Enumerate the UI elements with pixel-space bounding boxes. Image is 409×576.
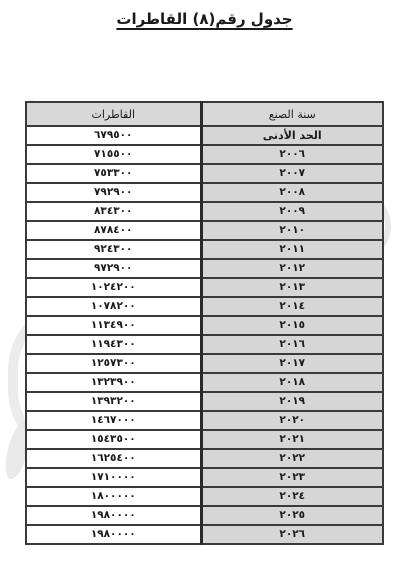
value-cell: ١٥٤٣٥٠٠ [26,430,201,449]
year-cell: ٢٠١٨ [201,373,383,392]
table-row: ٢٠١٢٩٧٢٩٠٠ [26,259,383,278]
year-cell: ٢٠١٣ [201,278,383,297]
table-row: ٢٠٠٨٧٩٢٩٠٠ [26,183,383,202]
year-cell: ٢٠١٢ [201,259,383,278]
table-row: ٢٠٢٣١٧١٠٠٠٠ [26,468,383,487]
value-cell: ٩٢٤٣٠٠ [26,240,201,259]
value-cell: ٧١٥٥٠٠ [26,145,201,164]
table-row: ٢٠١٧١٢٥٧٣٠٠ [26,354,383,373]
table-row: ٢٠٢٦١٩٨٠٠٠٠ [26,525,383,544]
year-cell: ٢٠٠٧ [201,164,383,183]
table-row: ٢٠٢٢١٦٢٥٤٠٠ [26,449,383,468]
table-row: ٢٠٠٧٧٥٣٣٠٠ [26,164,383,183]
year-cell: ٢٠١١ [201,240,383,259]
value-cell: ١٣٩٣٢٠٠ [26,392,201,411]
table-row: ٢٠١٥١١٣٤٩٠٠ [26,316,383,335]
table-row: ٢٠١٤١٠٧٨٢٠٠ [26,297,383,316]
value-cell: ٦٧٩٥٠٠ [26,126,201,145]
value-cell: ١٢٥٧٣٠٠ [26,354,201,373]
table-row: ٢٠١٠٨٧٨٤٠٠ [26,221,383,240]
value-cell: ٨٣٤٣٠٠ [26,202,201,221]
year-cell: ٢٠٠٩ [201,202,383,221]
page-title: جدول رقم(٨) القاطرات [0,10,409,28]
year-cell: ٢٠١٤ [201,297,383,316]
year-cell: ٢٠٢٦ [201,525,383,544]
value-cell: ١٧١٠٠٠٠ [26,468,201,487]
column-header-value: القاطرات [26,102,201,126]
value-cell: ١٨٠٠٠٠٠ [26,487,201,506]
value-cell: ١٠٧٨٢٠٠ [26,297,201,316]
year-cell: ٢٠١٠ [201,221,383,240]
year-cell: ٢٠٠٦ [201,145,383,164]
value-cell: ١١٣٤٩٠٠ [26,316,201,335]
table-body: الحد الأدنى٦٧٩٥٠٠٢٠٠٦٧١٥٥٠٠٢٠٠٧٧٥٣٣٠٠٢٠٠… [26,126,383,544]
value-cell: ٩٧٢٩٠٠ [26,259,201,278]
value-cell: ١٣٢٣٩٠٠ [26,373,201,392]
table-row: ٢٠١٣١٠٢٤٢٠٠ [26,278,383,297]
value-cell: ٨٧٨٤٠٠ [26,221,201,240]
value-cell: ٧٩٢٩٠٠ [26,183,201,202]
year-cell: ٢٠٢٤ [201,487,383,506]
value-cell: ٧٥٣٣٠٠ [26,164,201,183]
year-cell: ٢٠١٧ [201,354,383,373]
title-text: جدول رقم(٨) القاطرات [116,10,292,28]
year-cell: ٢٠٢٠ [201,411,383,430]
year-cell: ٢٠١٩ [201,392,383,411]
table-row: ٢٠١١٩٢٤٣٠٠ [26,240,383,259]
value-cell: ١١٩٤٣٠٠ [26,335,201,354]
year-cell: الحد الأدنى [201,126,383,145]
table-row: ٢٠٠٩٨٣٤٣٠٠ [26,202,383,221]
table-row: الحد الأدنى٦٧٩٥٠٠ [26,126,383,145]
value-cell: ١٠٢٤٢٠٠ [26,278,201,297]
column-header-year: سنة الصنع [201,102,383,126]
year-cell: ٢٠٢١ [201,430,383,449]
locomotives-table: سنة الصنع القاطرات الحد الأدنى٦٧٩٥٠٠٢٠٠٦… [25,101,384,545]
value-cell: ١٩٨٠٠٠٠ [26,506,201,525]
table-row: ٢٠١٨١٣٢٣٩٠٠ [26,373,383,392]
table-row: ٢٠١٦١١٩٤٣٠٠ [26,335,383,354]
year-cell: ٢٠٢٣ [201,468,383,487]
table-row: ٢٠٢٤١٨٠٠٠٠٠ [26,487,383,506]
year-cell: ٢٠١٦ [201,335,383,354]
value-cell: ١٦٢٥٤٠٠ [26,449,201,468]
year-cell: ٢٠٢٢ [201,449,383,468]
table-row: ٢٠٢١١٥٤٣٥٠٠ [26,430,383,449]
table-row: ٢٠١٩١٣٩٣٢٠٠ [26,392,383,411]
table-header-row: سنة الصنع القاطرات [26,102,383,126]
year-cell: ٢٠٢٥ [201,506,383,525]
year-cell: ٢٠١٥ [201,316,383,335]
table-row: ٢٠٢٥١٩٨٠٠٠٠ [26,506,383,525]
table-row: ٢٠٢٠١٤٦٧٠٠٠ [26,411,383,430]
year-cell: ٢٠٠٨ [201,183,383,202]
table-row: ٢٠٠٦٧١٥٥٠٠ [26,145,383,164]
value-cell: ١٩٨٠٠٠٠ [26,525,201,544]
value-cell: ١٤٦٧٠٠٠ [26,411,201,430]
